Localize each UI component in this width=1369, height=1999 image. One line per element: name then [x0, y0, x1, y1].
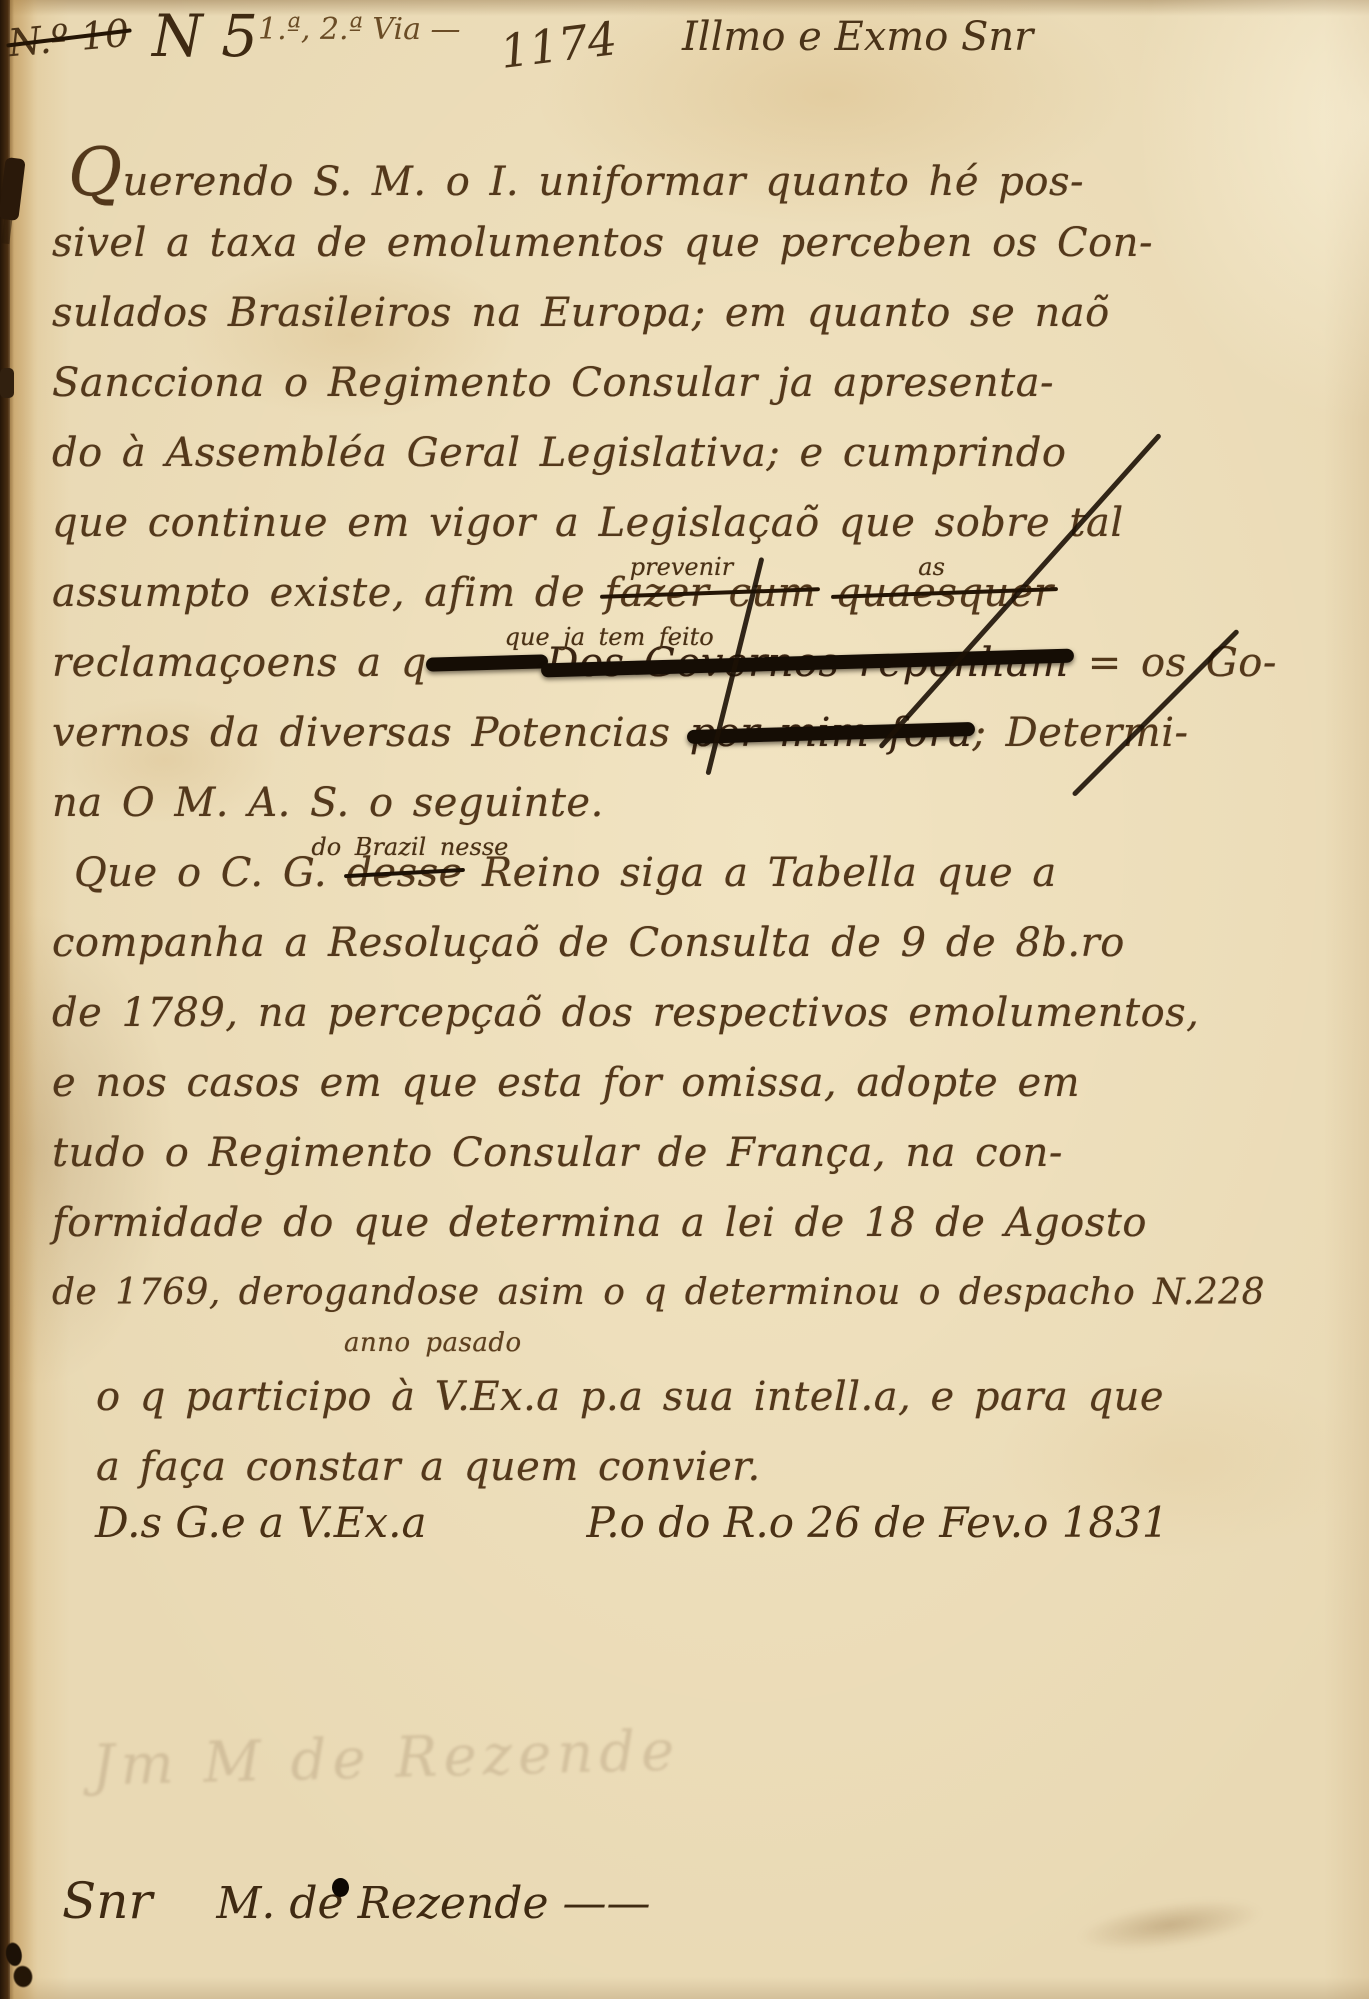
- addressee-line: SnrM. de Rezende ——: [62, 1872, 651, 1930]
- manuscript-line: o q participo à V.Ex.a p.a sua intell.a,…: [52, 1362, 1322, 1432]
- manuscript-line: Querendo S. M. o I. uniformar quanto hé …: [52, 138, 1322, 208]
- manuscript-line: de 1769, derogandose asim o q determinou…: [52, 1258, 1322, 1328]
- handwritten-text: que continue em vigor a Legislaçaõ que s…: [52, 500, 1124, 546]
- handwritten-text: na O M. A. S. o seguinte.: [52, 780, 604, 826]
- handwritten-text: ; Determi-: [972, 710, 1188, 756]
- closing-line: D.s G.e a V.Ex.aP.o do R.o 26 de Fev.o 1…: [95, 1498, 1169, 1547]
- via-annotation: 1.ª, 2.ª Via —: [258, 12, 461, 47]
- handwritten-text: [816, 570, 835, 616]
- handwritten-text: de 1789, na percepçaõ dos respectivos em…: [52, 990, 1199, 1036]
- folio-number: 1174: [497, 11, 620, 79]
- page-gutter: [10, 0, 38, 1999]
- interlinear-insertion: as: [918, 555, 945, 579]
- handwritten-text: companha a Resoluçaõ de Consulta de 9 de…: [52, 920, 1125, 966]
- manuscript-page: N.º 10 N 5 1.ª, 2.ª Via — 1174 Illmo e E…: [0, 0, 1369, 1999]
- handwritten-text: reclamaçoens a q: [52, 640, 427, 686]
- struck-text: fazer cumprevenir: [604, 570, 816, 616]
- handwritten-text: Querendo S. M. o I. uniformar quanto hé …: [68, 159, 1084, 205]
- manuscript-line: a faça constar a quem convier.: [52, 1432, 1322, 1502]
- addressee-name: M. de Rezende ——: [216, 1878, 650, 1929]
- manuscript-line: Sancciona o Regimento Consular ja aprese…: [52, 348, 1322, 418]
- ink-blot: [332, 1878, 349, 1897]
- interlinear-insertion: prevenir: [630, 555, 733, 579]
- manuscript-line: companha a Resoluçaõ de Consulta de 9 de…: [52, 908, 1322, 978]
- ink-smudge: [1071, 1877, 1269, 1973]
- handwritten-text: sivel a taxa de emolumentos que perceben…: [52, 220, 1153, 266]
- manuscript-line: assumpto existe, afim de fazer cumpreven…: [52, 558, 1322, 628]
- handwritten-text: formidade do que determina a lei de 18 d…: [52, 1200, 1147, 1246]
- handwritten-text: Sancciona o Regimento Consular ja aprese…: [52, 360, 1054, 406]
- struck-text: Dos Governos reponhamque ja tem feito: [546, 640, 1068, 686]
- handwritten-text: Reino siga a Tabella que a: [463, 850, 1057, 896]
- margin-ink-mark: [0, 368, 14, 398]
- handwritten-text: do à Assembléa Geral Legislativa; e cump…: [52, 430, 1067, 476]
- valediction: D.s G.e a V.Ex.a: [95, 1498, 427, 1547]
- document-number-struck: N.º 10: [6, 11, 131, 65]
- bleedthrough-signature: Jm M de Rezende: [91, 1718, 681, 1798]
- handwritten-text: Que o C. G.: [74, 850, 346, 896]
- dateline: P.o do R.o 26 de Fev.o 1831: [587, 1498, 1169, 1547]
- addressee-honorific: Snr: [62, 1872, 152, 1930]
- manuscript-line: anno pasado: [52, 1328, 1322, 1362]
- handwritten-text: vernos da diversas Potencias: [52, 710, 690, 756]
- manuscript-line: e nos casos em que esta for omissa, adop…: [52, 1048, 1322, 1118]
- handwritten-text: sulados Brasileiros na Europa; em quanto…: [52, 290, 1110, 336]
- manuscript-line: sivel a taxa de emolumentos que perceben…: [52, 208, 1322, 278]
- handwritten-text: e nos casos em que esta for omissa, adop…: [52, 1060, 1080, 1106]
- manuscript-line: de 1789, na percepçaõ dos respectivos em…: [52, 978, 1322, 1048]
- manuscript-line: na O M. A. S. o seguinte.: [52, 768, 1322, 838]
- interlinear-insertion: que ja tem feito: [505, 625, 714, 649]
- letter-body: Querendo S. M. o I. uniformar quanto hé …: [52, 138, 1322, 1502]
- salutation: Illmo e Exmo Snr: [682, 14, 1033, 60]
- manuscript-line: que continue em vigor a Legislaçaõ que s…: [52, 488, 1322, 558]
- handwritten-text: assumpto existe, afim de: [52, 570, 604, 616]
- manuscript-line: do à Assembléa Geral Legislativa; e cump…: [52, 418, 1322, 488]
- manuscript-line: reclamaçoens a q —— Dos Governos reponha…: [52, 628, 1322, 698]
- handwritten-text: = os Go-: [1069, 640, 1277, 686]
- struck-text: por mim fora: [690, 710, 973, 756]
- manuscript-line: tudo o Regimento Consular de França, na …: [52, 1118, 1322, 1188]
- manuscript-line: sulados Brasileiros na Europa; em quanto…: [52, 278, 1322, 348]
- handwritten-text: tudo o Regimento Consular de França, na …: [52, 1130, 1063, 1176]
- handwritten-text: de 1769, derogandose asim o q determinou…: [52, 1272, 1265, 1313]
- handwritten-text: o q participo à V.Ex.a p.a sua intell.a,…: [96, 1374, 1164, 1420]
- document-number: N 5: [152, 2, 258, 70]
- handwritten-text: anno pasado: [344, 1328, 522, 1358]
- manuscript-line: Que o C. G. dessedo Brazil nesse Reino s…: [52, 838, 1322, 908]
- handwritten-text: a faça constar a quem convier.: [96, 1444, 761, 1490]
- manuscript-line: formidade do que determina a lei de 18 d…: [52, 1188, 1322, 1258]
- struck-text: dessedo Brazil nesse: [346, 850, 463, 896]
